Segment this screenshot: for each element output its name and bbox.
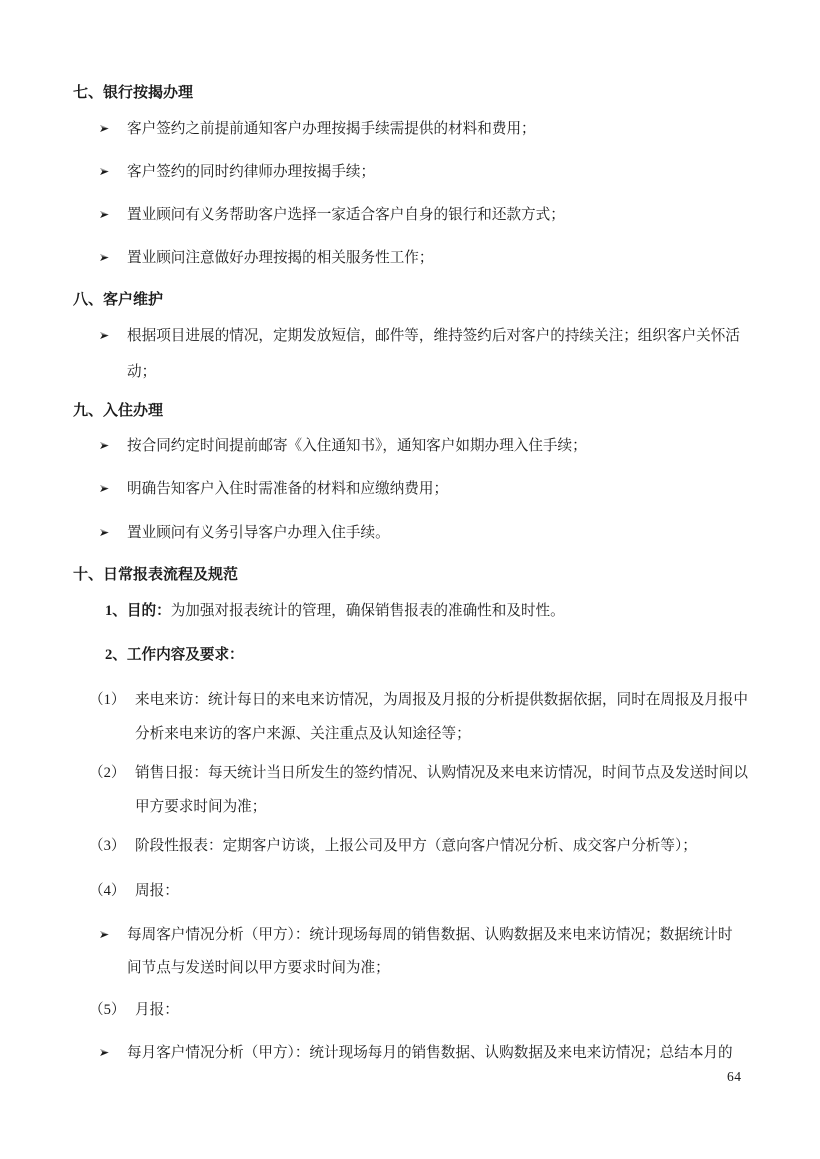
bullet-item: 每月客户情况分析（甲方）：统计现场每月的销售数据、认购数据及来电来访情况；总结本… xyxy=(99,1044,733,1062)
section-heading: 八、客户维护 xyxy=(73,291,163,310)
numbered-item-text: 销售日报：每天统计当日所发生的签约情况、认购情况及来电来访情况，时间节点及发送时… xyxy=(135,765,748,781)
bullet-item: 客户签约之前提前通知客户办理按揭手续需提供的材料和费用； xyxy=(99,120,536,138)
bullet-item-continuation: 间节点与发送时间以甲方要求时间为准； xyxy=(127,959,390,977)
numbered-item-continuation: 分析来电来访的客户来源、关注重点及认知途径等； xyxy=(135,725,471,743)
bullet-item: 置业顾问有义务帮助客户选择一家适合客户自身的银行和还款方式； xyxy=(99,206,565,224)
bullet-item: 按合同约定时间提前邮寄《入住通知书》，通知客户如期办理入住手续； xyxy=(99,437,587,455)
bullet-arrow-icon xyxy=(99,524,127,542)
numbered-item: 2、工作内容及要求： xyxy=(105,646,244,664)
bullet-arrow-icon xyxy=(99,327,127,345)
numbered-item: （1）来电来访：统计每日的来电来访情况，为周报及月报的分析提供数据依据，同时在周… xyxy=(89,691,748,709)
bullet-text: 客户签约之前提前通知客户办理按揭手续需提供的材料和费用； xyxy=(127,121,536,137)
numbered-item-text: 月报： xyxy=(135,1002,179,1018)
bullet-item: 明确告知客户入住时需准备的材料和应缴纳费用； xyxy=(99,480,448,498)
bullet-text: 每周客户情况分析（甲方）：统计现场每周的销售数据、认购数据及来电来访情况；数据统… xyxy=(127,927,733,943)
bullet-item: 置业顾问注意做好办理按揭的相关服务性工作； xyxy=(99,249,433,267)
numbered-item-continuation: 甲方要求时间为准； xyxy=(135,798,266,816)
document-page: 七、银行按揭办理 客户签约之前提前通知客户办理按揭手续需提供的材料和费用； 客户… xyxy=(0,0,820,1159)
bullet-text: 明确告知客户入住时需准备的材料和应缴纳费用； xyxy=(127,481,448,497)
bullet-arrow-icon xyxy=(99,120,127,138)
bullet-text: 置业顾问注意做好办理按揭的相关服务性工作； xyxy=(127,250,433,266)
numbered-item-text: 周报： xyxy=(135,883,179,899)
numbered-item: （4）周报： xyxy=(89,882,179,900)
numbered-item-label: 1、目的： xyxy=(105,603,171,619)
bullet-item: 置业顾问有义务引导客户办理入住手续。 xyxy=(99,524,390,542)
bullet-text: 根据项目进展的情况，定期发放短信，邮件等，维持签约后对客户的持续关注；组织客户关… xyxy=(127,328,740,344)
item-number: （2） xyxy=(89,764,135,782)
page-number: 64 xyxy=(727,1069,742,1085)
bullet-text: 每月客户情况分析（甲方）：统计现场每月的销售数据、认购数据及来电来访情况；总结本… xyxy=(127,1045,733,1061)
section-heading: 七、银行按揭办理 xyxy=(73,84,193,103)
bullet-text: 按合同约定时间提前邮寄《入住通知书》，通知客户如期办理入住手续； xyxy=(127,438,587,454)
numbered-item: （5）月报： xyxy=(89,1001,179,1019)
numbered-item: （3）阶段性报表：定期客户访谈，上报公司及甲方（意向客户情况分析、成交客户分析等… xyxy=(89,837,697,855)
numbered-item-text: 为加强对报表统计的管理，确保销售报表的准确性和及时性。 xyxy=(171,603,565,619)
bullet-text: 置业顾问有义务帮助客户选择一家适合客户自身的银行和还款方式； xyxy=(127,207,565,223)
numbered-item: （2）销售日报：每天统计当日所发生的签约情况、认购情况及来电来访情况，时间节点及… xyxy=(89,764,748,782)
section-heading: 十、日常报表流程及规范 xyxy=(73,566,238,585)
bullet-text: 置业顾问有义务引导客户办理入住手续。 xyxy=(127,525,390,541)
bullet-item: 每周客户情况分析（甲方）：统计现场每周的销售数据、认购数据及来电来访情况；数据统… xyxy=(99,926,733,944)
bullet-arrow-icon xyxy=(99,480,127,498)
item-number: （5） xyxy=(89,1001,135,1019)
numbered-item-text: 阶段性报表：定期客户访谈，上报公司及甲方（意向客户情况分析、成交客户分析等）； xyxy=(135,838,697,854)
bullet-arrow-icon xyxy=(99,926,127,944)
bullet-item: 客户签约的同时约律师办理按揭手续； xyxy=(99,163,375,181)
bullet-arrow-icon xyxy=(99,1044,127,1062)
bullet-arrow-icon xyxy=(99,437,127,455)
bullet-item-continuation: 动； xyxy=(127,363,156,381)
item-number: （1） xyxy=(89,691,135,709)
bullet-arrow-icon xyxy=(99,249,127,267)
numbered-item-text: 来电来访：统计每日的来电来访情况，为周报及月报的分析提供数据依据，同时在周报及月… xyxy=(135,692,748,708)
item-number: （4） xyxy=(89,882,135,900)
numbered-item: 1、目的：为加强对报表统计的管理，确保销售报表的准确性和及时性。 xyxy=(105,602,565,620)
bullet-item: 根据项目进展的情况，定期发放短信，邮件等，维持签约后对客户的持续关注；组织客户关… xyxy=(99,327,740,345)
bullet-text: 客户签约的同时约律师办理按揭手续； xyxy=(127,164,375,180)
bullet-arrow-icon xyxy=(99,163,127,181)
section-heading: 九、入住办理 xyxy=(73,402,163,421)
item-number: （3） xyxy=(89,837,135,855)
bullet-arrow-icon xyxy=(99,206,127,224)
